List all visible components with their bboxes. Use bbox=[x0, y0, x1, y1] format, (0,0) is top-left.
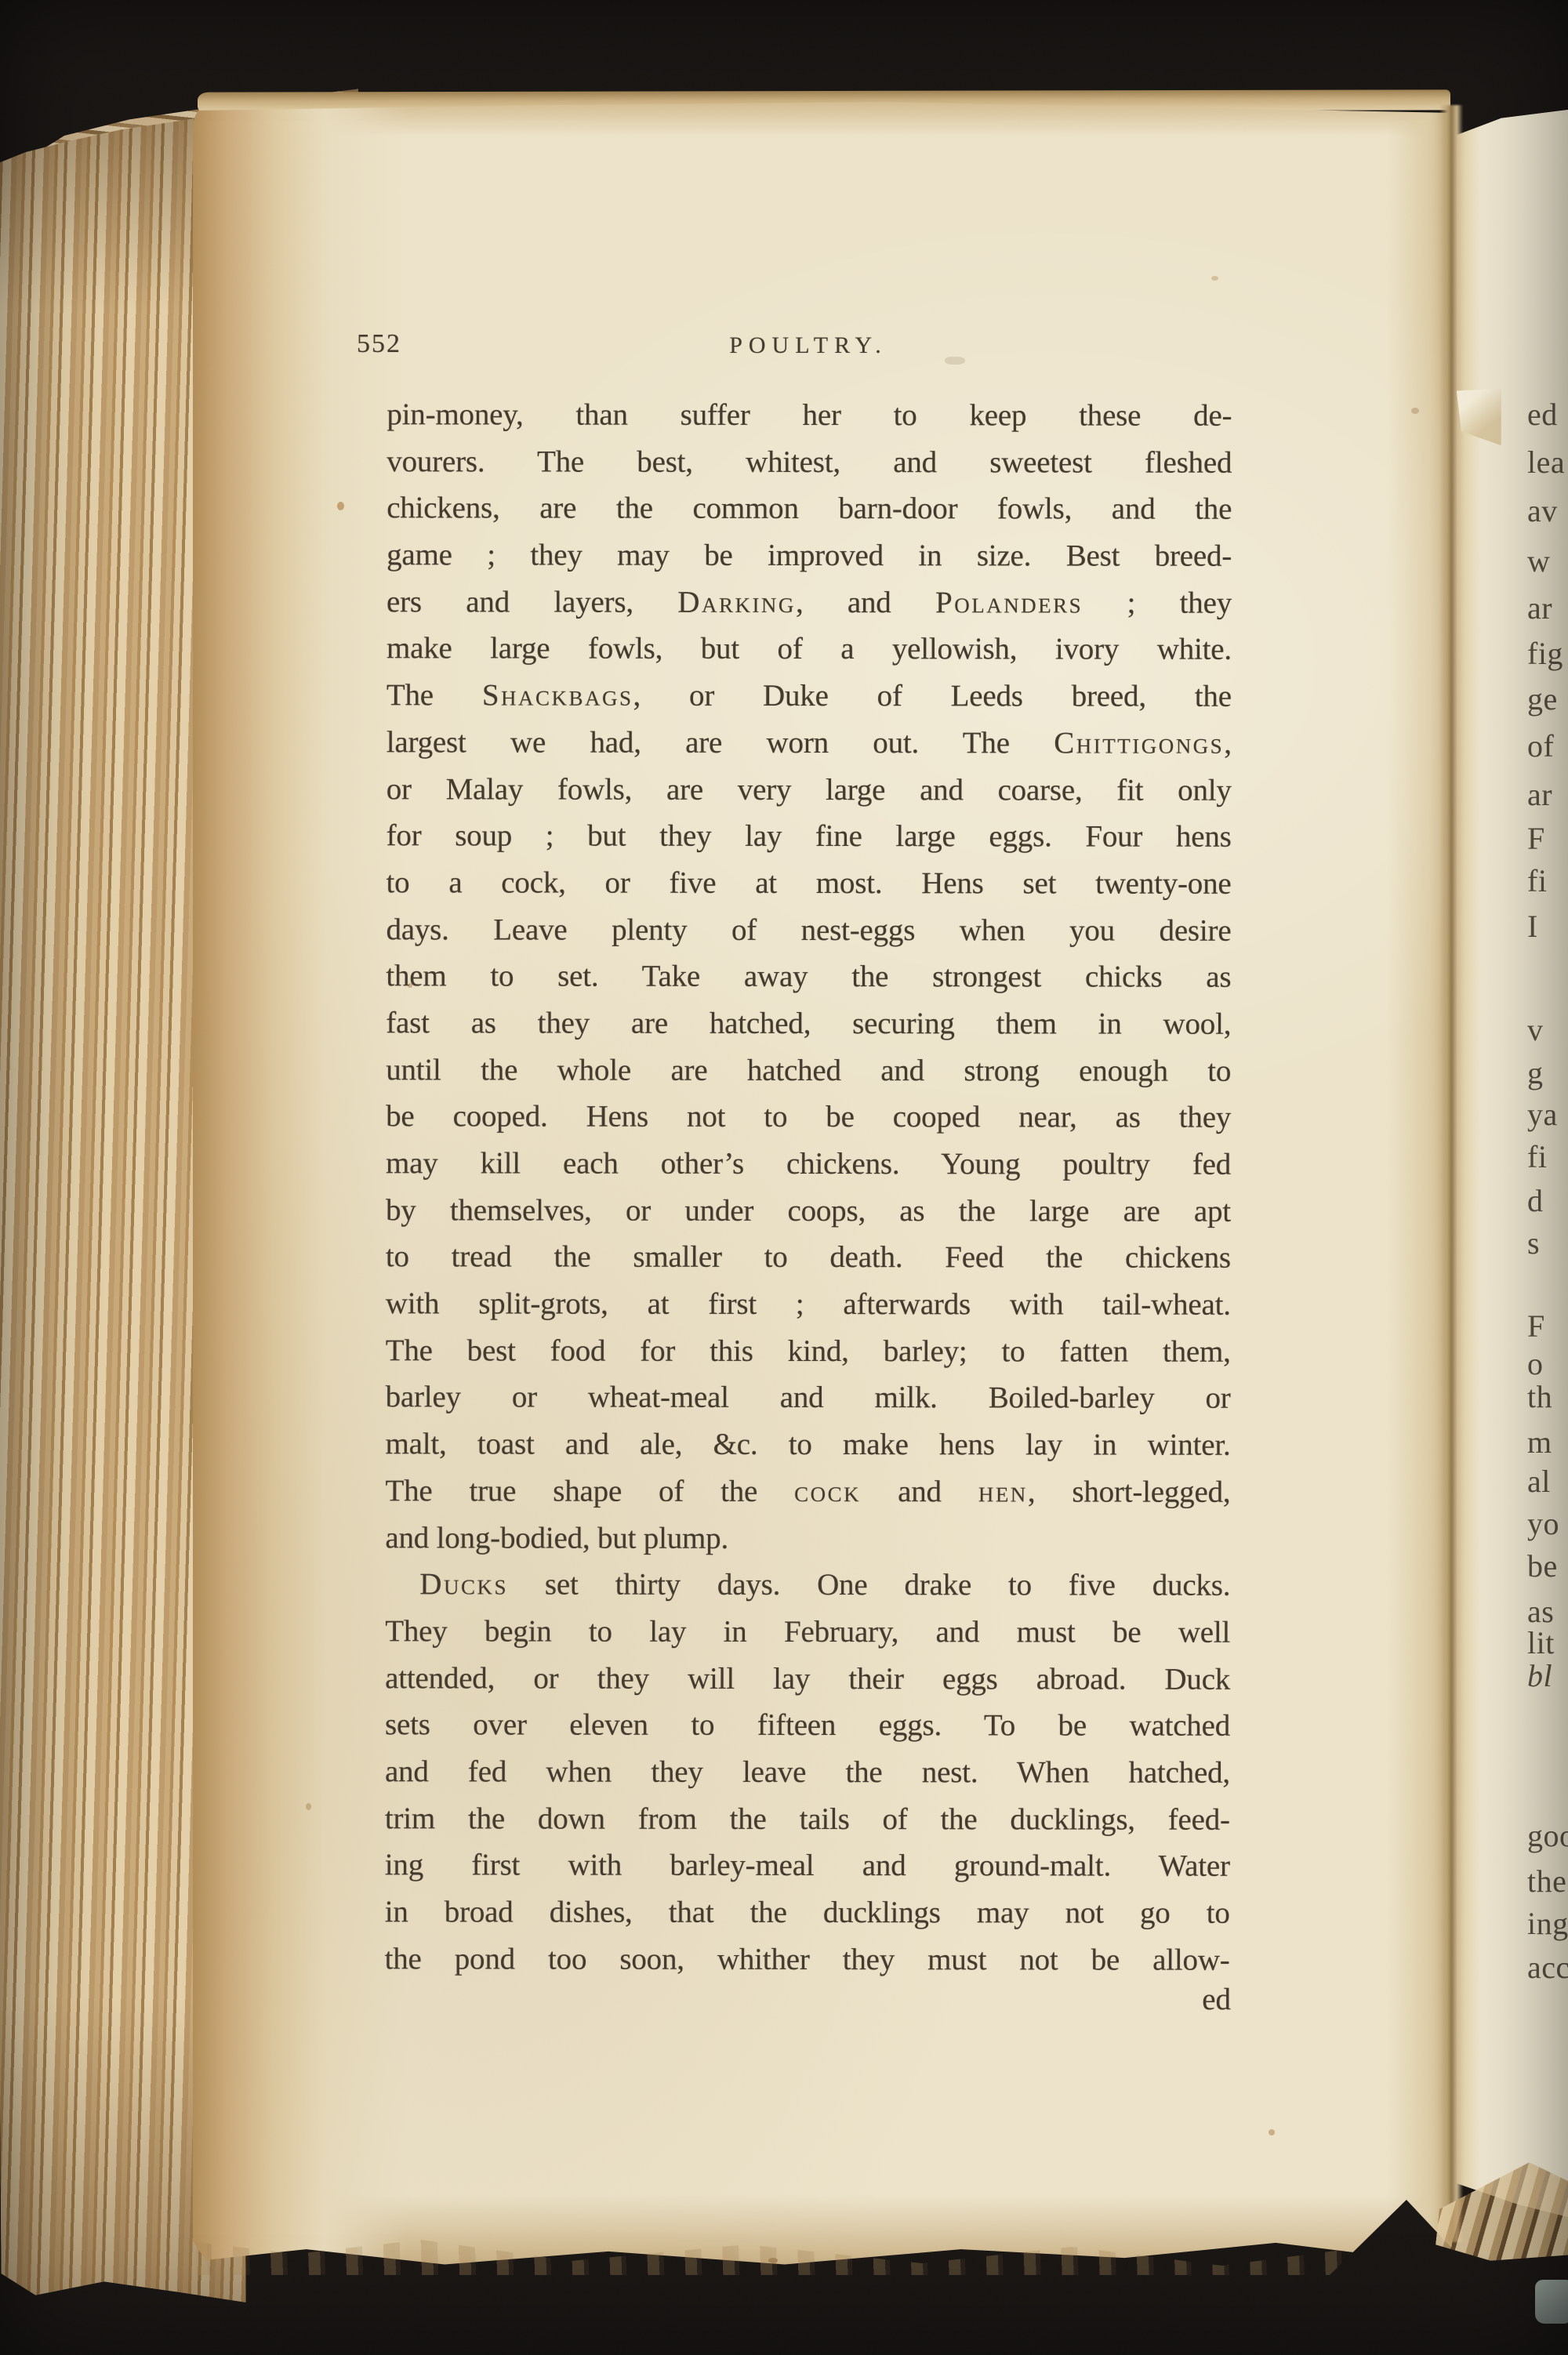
text-line: to a cock, or five at most. Hens set twe… bbox=[387, 859, 1232, 907]
text-run: be cooped. Hens not to be cooped near, a… bbox=[386, 1100, 1231, 1135]
smallcaps-word: Chittigongs bbox=[1054, 726, 1224, 760]
text-run: attended, or they will lay their eggs ab… bbox=[385, 1661, 1230, 1696]
text-run: The true shape of the bbox=[385, 1474, 794, 1508]
text-line: The Shackbags, or Duke of Leeds breed, t… bbox=[387, 672, 1232, 720]
facing-page-text-fragment: ing bbox=[1527, 1905, 1568, 1942]
facing-page-text-fragment: goo bbox=[1527, 1817, 1568, 1854]
text-run: to tread the smaller to death. Feed the … bbox=[386, 1240, 1231, 1275]
facing-page-text-fragment: bl bbox=[1527, 1657, 1552, 1694]
facing-page-text-fragment: s bbox=[1527, 1225, 1540, 1261]
text-run: days. Leave plenty of nest-eggs when you… bbox=[386, 913, 1231, 948]
text-run: with split-grots, at first ; afterwards … bbox=[386, 1286, 1231, 1322]
facing-page-text-fragment: ya bbox=[1527, 1096, 1558, 1133]
text-run: largest we had, are worn out. The bbox=[387, 725, 1054, 760]
text-run: in broad dishes, that the ducklings may … bbox=[385, 1895, 1230, 1930]
facing-page-text-fragment: the bbox=[1527, 1863, 1566, 1900]
text-run: and bbox=[861, 1475, 978, 1508]
facing-page-text-fragment: acco bbox=[1527, 1949, 1568, 1986]
text-run: barley or wheat-meal and milk. Boiled-ba… bbox=[386, 1381, 1231, 1416]
facing-page-text-fragment: th bbox=[1527, 1378, 1552, 1415]
facing-page-text-fragment: al bbox=[1527, 1463, 1551, 1500]
text-run: pin-money, than suffer her to keep these… bbox=[387, 397, 1232, 433]
text-line: largest we had, are worn out. The Chitti… bbox=[387, 719, 1232, 767]
text-run: or Malay fowls, are very large and coars… bbox=[387, 772, 1232, 807]
text-line: The best food for this kind, barley; to … bbox=[386, 1327, 1231, 1375]
text-run: and fed when they leave the nest. When h… bbox=[385, 1754, 1230, 1790]
text-run: fast as they are hatched, securing them … bbox=[386, 1006, 1231, 1041]
facing-page-text-fragment: m bbox=[1527, 1424, 1552, 1461]
catchword: ed bbox=[386, 1982, 1231, 2017]
facing-page-text-fragment: av bbox=[1527, 492, 1558, 529]
running-head: POULTRY. bbox=[386, 332, 1231, 359]
text-run: make large fowls, but of a yellowish, iv… bbox=[387, 632, 1232, 667]
text-run: , bbox=[1224, 727, 1232, 760]
text-run: sets over eleven to fifteen eggs. To be … bbox=[385, 1707, 1230, 1743]
cloth-patch bbox=[1535, 2280, 1568, 2324]
text-run: They begin to lay in February, and must … bbox=[385, 1614, 1230, 1649]
text-run: malt, toast and ale, &c. to make hens la… bbox=[386, 1427, 1231, 1462]
text-line: and fed when they leave the nest. When h… bbox=[385, 1748, 1230, 1796]
smallcaps-word: Polanders bbox=[935, 586, 1083, 619]
text-run: may kill each other’s chickens. Young po… bbox=[386, 1146, 1231, 1181]
facing-page-text-fragment: d bbox=[1527, 1182, 1544, 1219]
text-line: the pond too soon, whither they must not… bbox=[385, 1936, 1230, 1983]
text-line: sets over eleven to fifteen eggs. To be … bbox=[385, 1701, 1230, 1749]
facing-page-text-fragment: I bbox=[1527, 908, 1538, 945]
facing-page-text-fragment: fi bbox=[1527, 1138, 1547, 1175]
text-block: pin-money, than suffer her to keep these… bbox=[385, 391, 1232, 1983]
text-run: ; they bbox=[1083, 586, 1232, 619]
text-run: The best food for this kind, barley; to … bbox=[386, 1334, 1231, 1369]
text-line: fast as they are hatched, securing them … bbox=[386, 1000, 1231, 1047]
facing-page-text-fragment: w bbox=[1527, 542, 1550, 579]
smallcaps-word: cock bbox=[794, 1475, 861, 1508]
smallcaps-word: Darking bbox=[677, 586, 796, 619]
text-line: pin-money, than suffer her to keep these… bbox=[387, 391, 1232, 439]
text-run: , or Duke of Leeds breed, the bbox=[633, 679, 1232, 713]
text-line: malt, toast and ale, &c. to make hens la… bbox=[386, 1421, 1231, 1468]
text-line: make large fowls, but of a yellowish, iv… bbox=[387, 626, 1232, 673]
text-line: barley or wheat-meal and milk. Boiled-ba… bbox=[386, 1374, 1231, 1422]
text-run: The bbox=[387, 678, 482, 712]
text-line: ers and layers, Darking, and Polanders ;… bbox=[387, 579, 1232, 626]
text-run: by themselves, or under coops, as the la… bbox=[386, 1193, 1231, 1228]
text-line: and long-bodied, but plump. bbox=[385, 1515, 1230, 1562]
facing-page-text-fragment: lea bbox=[1527, 444, 1565, 481]
facing-page-text-fragment: v bbox=[1527, 1011, 1544, 1048]
text-line: attended, or they will lay their eggs ab… bbox=[385, 1655, 1230, 1703]
text-line: trim the down from the tails of the duck… bbox=[385, 1795, 1230, 1843]
facing-page-text-fragment: ed bbox=[1527, 396, 1558, 433]
text-run: them to set. Take away the strongest chi… bbox=[386, 959, 1231, 994]
text-run: the pond too soon, whither they must not… bbox=[385, 1942, 1230, 1977]
text-line: until the whole are hatched and strong e… bbox=[386, 1047, 1231, 1094]
text-line: for soup ; but they lay fine large eggs.… bbox=[387, 812, 1232, 860]
facing-page-text-fragment: yo bbox=[1527, 1505, 1559, 1542]
facing-page-text-fragment: be bbox=[1527, 1548, 1558, 1584]
text-line: game ; they may be improved in size. Bes… bbox=[387, 532, 1232, 579]
text-line: be cooped. Hens not to be cooped near, a… bbox=[386, 1094, 1231, 1141]
text-run: game ; they may be improved in size. Bes… bbox=[387, 538, 1232, 573]
text-line: vourers. The best, whitest, and sweetest… bbox=[387, 438, 1232, 486]
text-run: , and bbox=[796, 586, 935, 619]
facing-page-text-fragment: ge bbox=[1527, 680, 1558, 717]
facing-page-text-fragment: of bbox=[1527, 728, 1554, 764]
smallcaps-word: hen bbox=[978, 1475, 1028, 1508]
facing-page-text-fragment: o bbox=[1527, 1345, 1544, 1382]
facing-page-text-fragment: lit bbox=[1527, 1624, 1555, 1661]
facing-page-text-fragment: fi bbox=[1527, 862, 1547, 899]
text-line: days. Leave plenty of nest-eggs when you… bbox=[386, 906, 1231, 954]
facing-page-text-fragment: ar bbox=[1527, 776, 1552, 813]
text-line: ing first with barley-meal and ground-ma… bbox=[385, 1842, 1230, 1890]
text-run: vourers. The best, whitest, and sweetest… bbox=[387, 445, 1232, 480]
text-run: , short-legged, bbox=[1028, 1475, 1231, 1508]
text-line: The true shape of the cock and hen, shor… bbox=[385, 1468, 1230, 1515]
text-run: trim the down from the tails of the duck… bbox=[385, 1802, 1230, 1837]
smallcaps-word: Ducks bbox=[419, 1567, 508, 1601]
text-line: They begin to lay in February, and must … bbox=[385, 1608, 1230, 1656]
facing-page-text-fragment: F bbox=[1527, 820, 1545, 857]
text-line: in broad dishes, that the ducklings may … bbox=[385, 1889, 1230, 1936]
text-run: ing first with barley-meal and ground-ma… bbox=[385, 1849, 1230, 1884]
text-line: Ducks set thirty days. One drake to five… bbox=[385, 1561, 1230, 1609]
facing-page-text-fragment: F bbox=[1527, 1308, 1545, 1344]
text-line: or Malay fowls, are very large and coars… bbox=[387, 766, 1232, 814]
facing-page-text-fragment: fig bbox=[1527, 635, 1563, 672]
smallcaps-word: Shackbags bbox=[482, 679, 633, 713]
facing-page-text-fragment: g bbox=[1527, 1054, 1544, 1091]
text-run: ers and layers, bbox=[387, 585, 677, 619]
text-run: set thirty days. One drake to five ducks… bbox=[508, 1568, 1230, 1602]
text-line: with split-grots, at first ; afterwards … bbox=[386, 1280, 1231, 1328]
text-run: chickens, are the common barn-door fowls… bbox=[387, 492, 1232, 527]
text-run: to a cock, or five at most. Hens set twe… bbox=[387, 865, 1232, 901]
text-run: and long-bodied, but plump. bbox=[385, 1521, 728, 1555]
text-line: them to set. Take away the strongest chi… bbox=[386, 953, 1231, 1000]
text-line: chickens, are the common barn-door fowls… bbox=[387, 485, 1232, 533]
text-line: may kill each other’s chickens. Young po… bbox=[386, 1140, 1231, 1188]
text-run: until the whole are hatched and strong e… bbox=[386, 1053, 1231, 1088]
text-line: to tread the smaller to death. Feed the … bbox=[386, 1234, 1231, 1282]
text-line: by themselves, or under coops, as the la… bbox=[386, 1187, 1231, 1235]
text-run: for soup ; but they lay fine large eggs.… bbox=[387, 818, 1232, 854]
book-photo-scene: edleaavwarfiggeofarFfiIvgyafidsFothmalyo… bbox=[0, 0, 1568, 2355]
facing-page-text-fragment: ar bbox=[1527, 590, 1552, 626]
